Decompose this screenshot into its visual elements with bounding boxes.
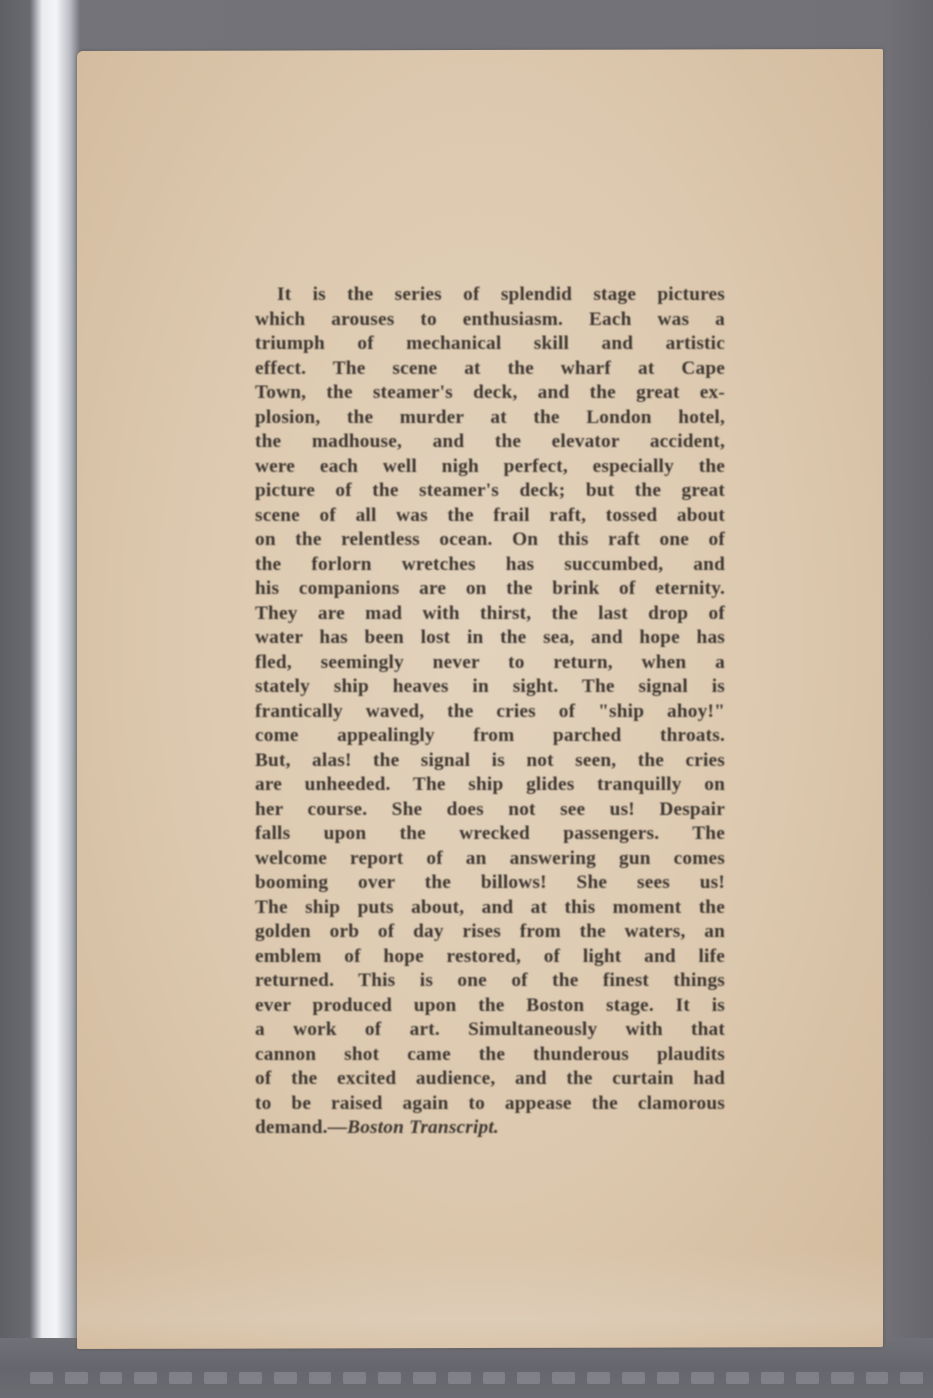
review-paragraph: It is the series of splendid stage pictu…: [255, 283, 725, 1141]
text-line: are unheeded. The ship glides tranquilly…: [255, 773, 725, 798]
text-line: It is the series of splendid stage pictu…: [255, 283, 725, 308]
text-line: of the excited audience, and the curtain…: [255, 1067, 725, 1092]
text-line: The ship puts about, and at this moment …: [255, 896, 725, 921]
text-line: effect. The scene at the wharf at Cape: [255, 357, 725, 382]
source-attribution: Boston Transcript.: [347, 1117, 499, 1138]
sleeve-perforations: [30, 1372, 923, 1386]
text-line: scene of all was the frail raft, tossed …: [255, 504, 725, 529]
text-line: emblem of hope restored, of light and li…: [255, 945, 725, 970]
text-line: a work of art. Simultaneously with that: [255, 1018, 725, 1043]
text-line: frantically waved, the cries of "ship ah…: [255, 700, 725, 725]
text-line: were each well nigh perfect, especially …: [255, 455, 725, 480]
final-word: demand.—: [255, 1117, 347, 1138]
text-line: cannon shot came the thunderous plaudits: [255, 1043, 725, 1068]
text-line: the madhouse, and the elevator accident,: [255, 430, 725, 455]
text-line: come appealingly from parched throats.: [255, 724, 725, 749]
text-line: booming over the billows! She sees us!: [255, 871, 725, 896]
text-line: water has been lost in the sea, and hope…: [255, 626, 725, 651]
text-line: falls upon the wrecked passengers. The: [255, 822, 725, 847]
text-line: to be raised again to appease the clamor…: [255, 1092, 725, 1117]
text-line: which arouses to enthusiasm. Each was a: [255, 308, 725, 333]
text-line: welcome report of an answering gun comes: [255, 847, 725, 872]
text-line: triumph of mechanical skill and artistic: [255, 332, 725, 357]
text-line: the forlorn wretches has succumbed, and: [255, 553, 725, 578]
text-line: Town, the steamer's deck, and the great …: [255, 381, 725, 406]
text-line: on the relentless ocean. On this raft on…: [255, 528, 725, 553]
text-line: plosion, the murder at the London hotel,: [255, 406, 725, 431]
text-line: golden orb of day rises from the waters,…: [255, 920, 725, 945]
text-line: fled, seemingly never to return, when a: [255, 651, 725, 676]
text-line: her course. She does not see us! Despair: [255, 798, 725, 823]
text-line: his companions are on the brink of etern…: [255, 577, 725, 602]
text-line-final: demand.—Boston Transcript.: [255, 1116, 725, 1141]
sleeve-right-edge: [883, 0, 933, 1398]
text-line: But, alas! the signal is not seen, the c…: [255, 749, 725, 774]
text-line: They are mad with thirst, the last drop …: [255, 602, 725, 627]
text-line: stately ship heaves in sight. The signal…: [255, 675, 725, 700]
text-line: ever produced upon the Boston stage. It …: [255, 994, 725, 1019]
text-line: returned. This is one of the finest thin…: [255, 969, 725, 994]
text-line: picture of the steamer's deck; but the g…: [255, 479, 725, 504]
